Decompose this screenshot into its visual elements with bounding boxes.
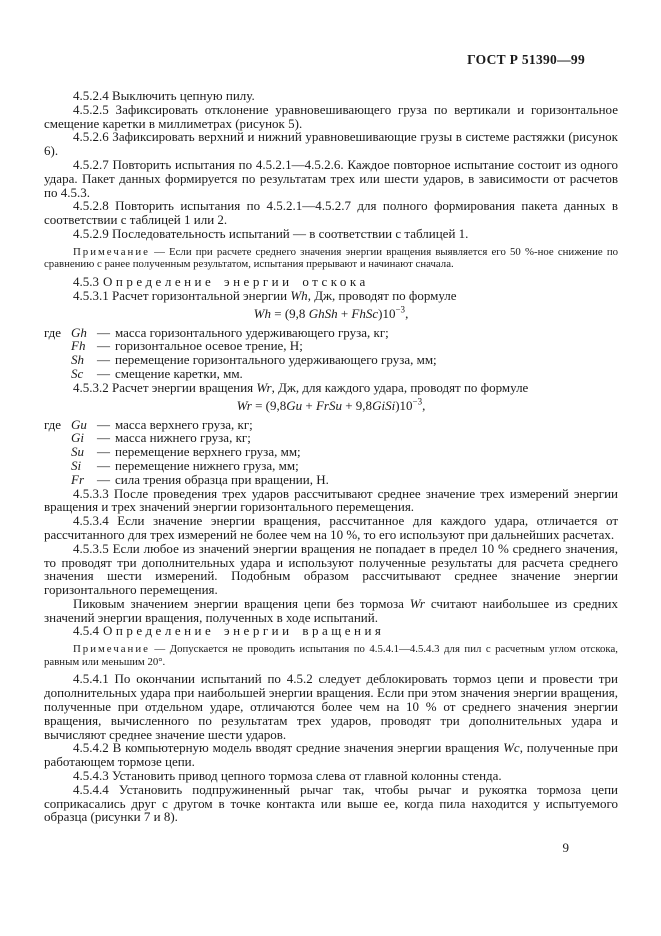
formula-variable: FrSu xyxy=(316,398,342,413)
definition-dash: — xyxy=(97,431,115,445)
para-4-5-2-4: 4.5.2.4 Выключить цепную пилу. xyxy=(44,89,618,103)
note-rotation-energy: Примечание — Если при расчете среднего з… xyxy=(44,246,618,271)
document-page: ГОСТ Р 51390—99 4.5.2.4 Выключить цепную… xyxy=(0,0,661,936)
note-rebound-angle: Примечание — Допускается не проводить ис… xyxy=(44,643,618,668)
definition-term: Si xyxy=(71,459,97,473)
para-4-5-4-3: 4.5.4.3 Установить привод цепного тормоз… xyxy=(44,769,618,783)
para-4-5-3-5: 4.5.3.5 Если любое из значений энергии в… xyxy=(44,542,618,597)
definition-dash: — xyxy=(97,339,115,353)
formula-exponent: −3 xyxy=(413,396,423,406)
definition-term: Gu xyxy=(71,418,97,432)
definition-row: Sh—перемещение горизонтального удерживаю… xyxy=(44,353,618,367)
definition-dash: — xyxy=(97,445,115,459)
formula-text: + xyxy=(338,306,352,321)
para-text: , Дж, для каждого удара, проводят по фор… xyxy=(272,380,529,395)
para-4-5-3-2: 4.5.3.2 Расчет энергии вращения Wr, Дж, … xyxy=(44,381,618,395)
definition-dash: — xyxy=(97,353,115,367)
definition-text: сила трения образца при вращении, Н. xyxy=(115,473,618,487)
formula-text: , xyxy=(422,398,425,413)
formula-variable: Wr xyxy=(237,398,252,413)
para-4-5-2-6: 4.5.2.6 Зафиксировать верхний и нижний у… xyxy=(44,130,618,158)
formula-variable: Wr xyxy=(410,596,425,611)
para-text: , Дж, проводят по формуле xyxy=(308,288,457,303)
para-4-5-2-8: 4.5.2.8 Повторить испытания по 4.5.2.1—4… xyxy=(44,199,618,227)
heading-title: Определение энергии отскока xyxy=(103,274,369,289)
definition-text: перемещение верхнего груза, мм; xyxy=(115,445,618,459)
definition-dash: — xyxy=(97,418,115,432)
definition-text: перемещение нижнего груза, мм; xyxy=(115,459,618,473)
definition-term: Su xyxy=(71,445,97,459)
definition-term: Sc xyxy=(71,367,97,381)
para-4-5-2-7: 4.5.2.7 Повторить испытания по 4.5.2.1—4… xyxy=(44,158,618,199)
definition-lead: где xyxy=(44,418,71,432)
definition-dash: — xyxy=(97,459,115,473)
para-text: Пиковым значением энергии вращения цепи … xyxy=(73,596,410,611)
formula-text: , xyxy=(405,306,408,321)
definition-text: горизонтальное осевое трение, Н; xyxy=(115,339,618,353)
formula-text: )10 xyxy=(378,306,395,321)
para-4-5-4-1: 4.5.4.1 По окончании испытаний по 4.5.2 … xyxy=(44,672,618,741)
formula-variable: Wh xyxy=(290,288,307,303)
definition-text: масса верхнего груза, кг; xyxy=(115,418,618,432)
formula-exponent: −3 xyxy=(395,304,405,314)
formula-text: = (9,8 xyxy=(271,306,309,321)
para-4-5-3-1: 4.5.3.1 Расчет горизонтальной энергии Wh… xyxy=(44,289,618,303)
heading-number: 4.5.3 xyxy=(73,274,99,289)
definition-row: гдеGh—масса горизонтального удерживающег… xyxy=(44,326,618,340)
heading-4-5-4: 4.5.4Определение энергии вращения xyxy=(44,624,618,638)
heading-title: Определение энергии вращения xyxy=(103,623,384,638)
definition-row: Sc—смещение каретки, мм. xyxy=(44,367,618,381)
para-4-5-4-4: 4.5.4.4 Установить подпружиненный рычаг … xyxy=(44,783,618,824)
para-4-5-2-5: 4.5.2.5 Зафиксировать отклонение уравнов… xyxy=(44,103,618,131)
definition-term: Fh xyxy=(71,339,97,353)
formula-variable: FhSc xyxy=(351,306,378,321)
formula-text: = (9,8 xyxy=(252,398,286,413)
formula-variable: GiSi xyxy=(372,398,395,413)
formula-wr: Wr = (9,8Gu + FrSu + 9,8GiSi)10−3, xyxy=(44,399,618,413)
definition-row: Fr—сила трения образца при вращении, Н. xyxy=(44,473,618,487)
definition-term: Gh xyxy=(71,326,97,340)
formula-wh: Wh = (9,8 GhSh + FhSc)10−3, xyxy=(44,307,618,321)
para-4-5-3-3: 4.5.3.3 После проведения трех ударов рас… xyxy=(44,487,618,515)
note-label: Примечание xyxy=(73,246,150,258)
para-4-5-3-4: 4.5.3.4 Если значение энергии вращения, … xyxy=(44,514,618,542)
para-4-5-2-9: 4.5.2.9 Последовательность испытаний — в… xyxy=(44,227,618,241)
document-body: 4.5.2.4 Выключить цепную пилу. 4.5.2.5 З… xyxy=(44,89,618,824)
para-text: 4.5.4.2 В компьютерную модель вводят сре… xyxy=(73,740,503,755)
para-text: 4.5.3.2 Расчет энергии вращения xyxy=(73,380,256,395)
definition-lead: где xyxy=(44,326,71,340)
formula-text: + 9,8 xyxy=(342,398,372,413)
definition-text: масса нижнего груза, кг; xyxy=(115,431,618,445)
definition-text: перемещение горизонтального удерживающег… xyxy=(115,353,618,367)
definition-text: смещение каретки, мм. xyxy=(115,367,618,381)
definition-row: Si—перемещение нижнего груза, мм; xyxy=(44,459,618,473)
definition-term: Fr xyxy=(71,473,97,487)
heading-number: 4.5.4 xyxy=(73,623,99,638)
definition-row: Su—перемещение верхнего груза, мм; xyxy=(44,445,618,459)
definition-term: Gi xyxy=(71,431,97,445)
formula-variable: GhSh xyxy=(309,306,338,321)
running-header: ГОСТ Р 51390—99 xyxy=(467,52,585,68)
definition-row: Fh—горизонтальное осевое трение, Н; xyxy=(44,339,618,353)
formula-variable: Wh xyxy=(254,306,271,321)
definition-row: Gi—масса нижнего груза, кг; xyxy=(44,431,618,445)
definition-text: масса горизонтального удерживающего груз… xyxy=(115,326,618,340)
para-4-5-4-2: 4.5.4.2 В компьютерную модель вводят сре… xyxy=(44,741,618,769)
formula-variable: Wc xyxy=(503,740,520,755)
formula-variable: Wr xyxy=(256,380,271,395)
definition-dash: — xyxy=(97,367,115,381)
page-number: 9 xyxy=(563,840,570,856)
para-text: 4.5.3.1 Расчет горизонтальной энергии xyxy=(73,288,290,303)
formula-variable: Gu xyxy=(286,398,302,413)
note-label: Примечание xyxy=(73,643,150,655)
definition-term: Sh xyxy=(71,353,97,367)
formula-text: + xyxy=(302,398,316,413)
formula-text: )10 xyxy=(395,398,412,413)
definition-dash: — xyxy=(97,326,115,340)
para-peak-value: Пиковым значением энергии вращения цепи … xyxy=(44,597,618,625)
definition-row: гдеGu—масса верхнего груза, кг; xyxy=(44,418,618,432)
definition-dash: — xyxy=(97,473,115,487)
heading-4-5-3: 4.5.3Определение энергии отскока xyxy=(44,275,618,289)
